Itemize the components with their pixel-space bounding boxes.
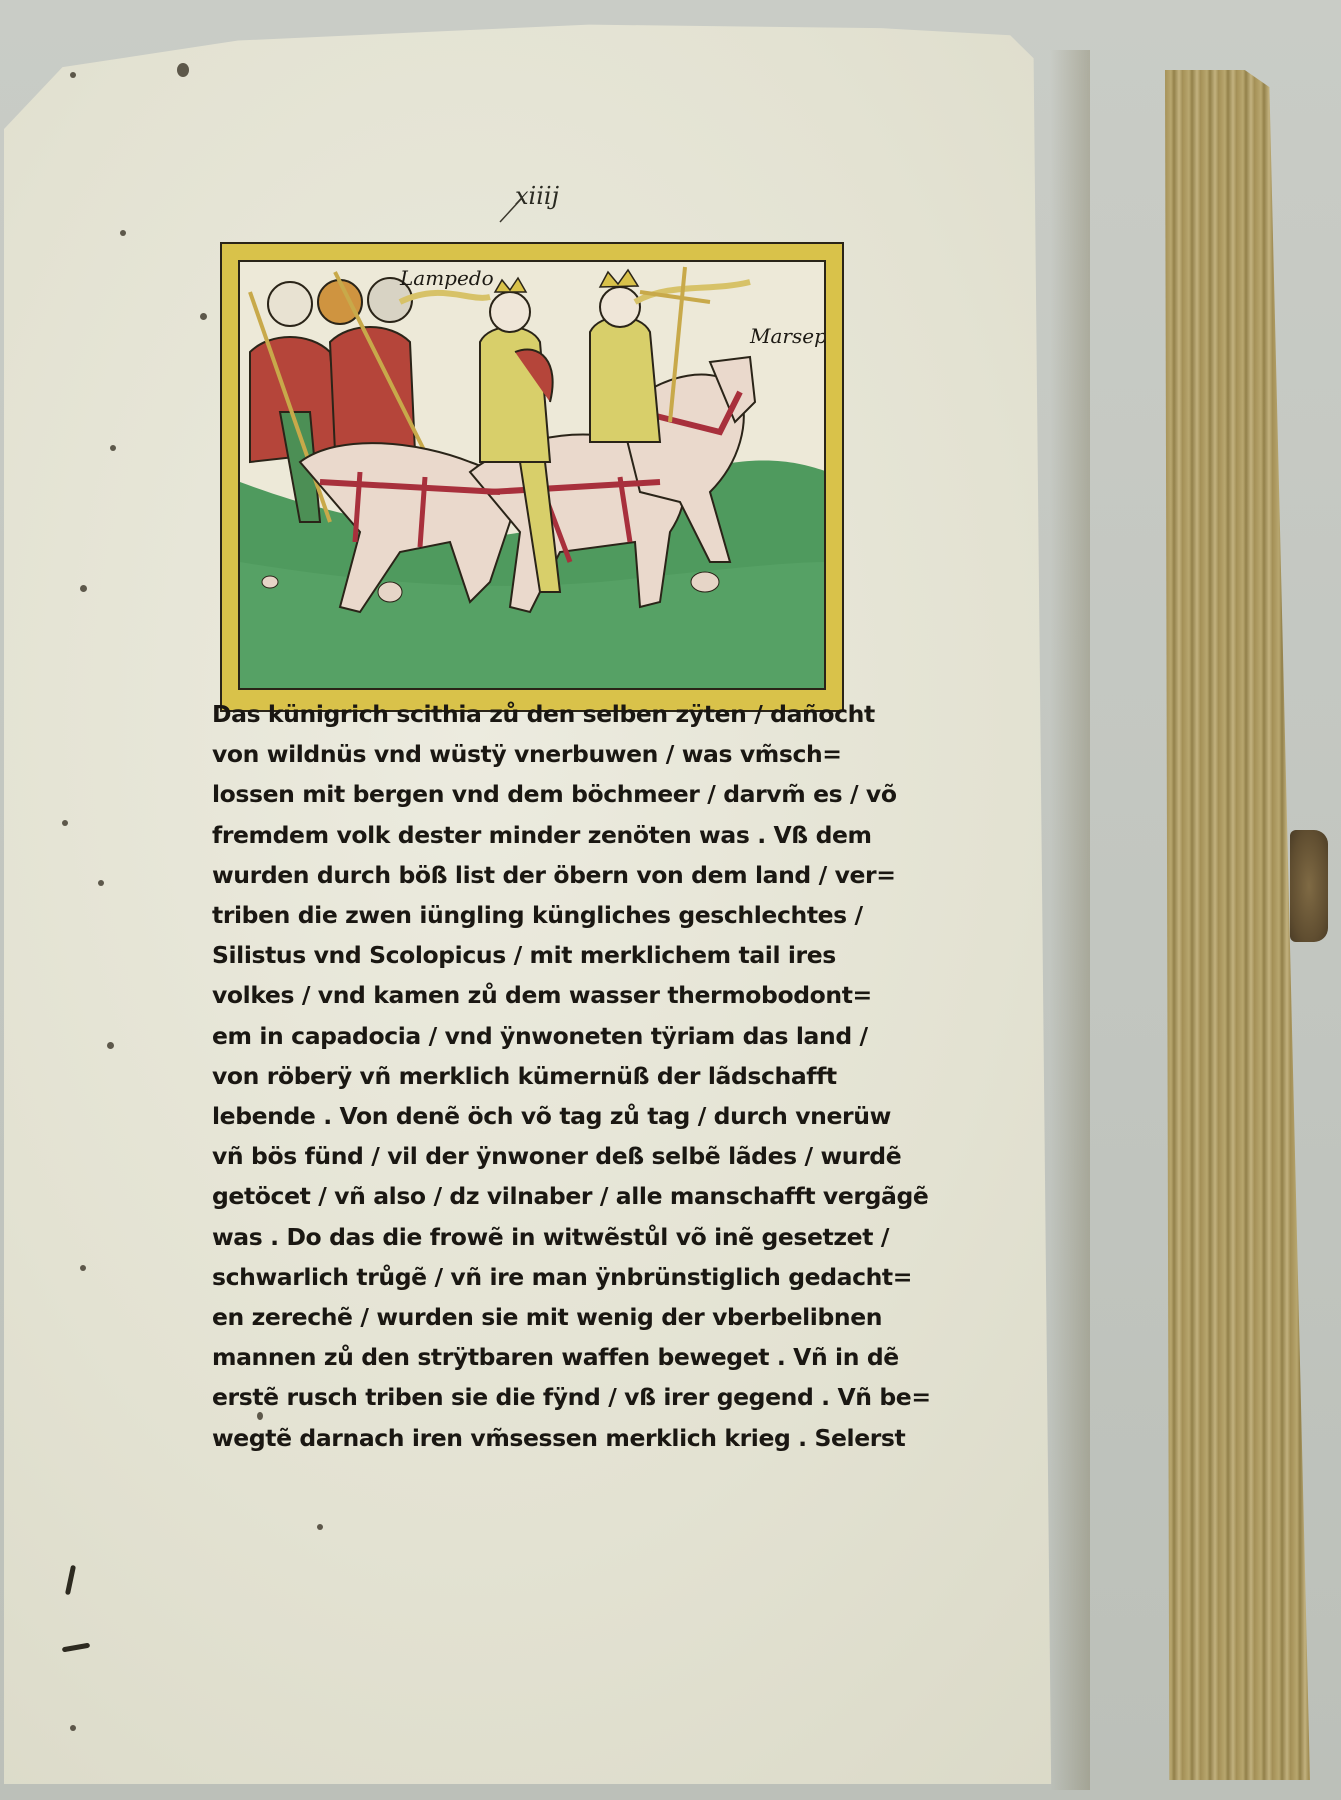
text-line: fremdem volk dester minder zenöten was .…	[212, 815, 872, 855]
figure-label-marsepia: Marsepia	[750, 324, 826, 348]
page-gutter-shadow	[1050, 50, 1090, 1790]
text-line: mannen zů den strÿtbaren waffen beweget …	[212, 1337, 872, 1377]
wormhole	[80, 585, 87, 592]
woodcut-scene	[240, 262, 826, 690]
text-line: Silistus vnd Scolopicus / mit merklichem…	[212, 935, 872, 975]
figure-label-lampedo: Lampedo	[400, 266, 494, 290]
text-line: was . Do das die frowẽ in witwẽstůl võ i…	[212, 1217, 872, 1257]
wormhole	[70, 1725, 76, 1731]
text-line: vñ bös fünd / vil der ÿnwoner deß selbẽ …	[212, 1136, 872, 1176]
text-line: triben die zwen iüngling küngliches gesc…	[212, 895, 872, 935]
text-line: getöcet / vñ also / dz vilnaber / alle m…	[212, 1176, 872, 1216]
text-line: lebende . Von denẽ öch võ tag zů tag / d…	[212, 1096, 872, 1136]
book-clasp	[1290, 830, 1328, 942]
wormhole	[110, 445, 116, 451]
woodcut-illustration: Lampedo Marsepia	[220, 242, 844, 712]
text-line: lossen mit bergen vnd dem böchmeer / dar…	[212, 774, 872, 814]
wormhole	[200, 313, 207, 320]
text-line: em in capadocia / vnd ÿnwoneten tÿriam d…	[212, 1016, 872, 1056]
wormhole	[120, 230, 126, 236]
text-line: wegtẽ darnach iren vm̃sessen merklich kr…	[212, 1418, 872, 1458]
text-line: von röberÿ vñ merklich kümernüß der lãds…	[212, 1056, 872, 1096]
wormhole	[107, 1042, 114, 1049]
text-line: Das künigrich scithia zů den selben zÿte…	[212, 694, 872, 734]
text-line: wurden durch böß list der öbern von dem …	[212, 855, 872, 895]
wormhole	[70, 72, 76, 78]
wormhole	[62, 820, 68, 826]
wormhole	[98, 880, 104, 886]
wormhole	[317, 1524, 323, 1530]
body-text: Das künigrich scithia zů den selben zÿte…	[212, 694, 872, 1458]
wormhole	[177, 63, 189, 77]
folio-stroke	[496, 196, 526, 226]
text-line: erstẽ rusch triben sie die fÿnd / vß ire…	[212, 1377, 872, 1417]
woodcut-image: Lampedo Marsepia	[238, 260, 826, 690]
wormhole	[80, 1265, 86, 1271]
text-line: en zerechẽ / wurden sie mit wenig der vb…	[212, 1297, 872, 1337]
text-line: von wildnüs vnd wüstÿ vnerbuwen / was vm…	[212, 734, 872, 774]
text-line: schwarlich trůgẽ / vñ ire man ÿnbrünstig…	[212, 1257, 872, 1297]
text-line: volkes / vnd kamen zů dem wasser thermob…	[212, 975, 872, 1015]
